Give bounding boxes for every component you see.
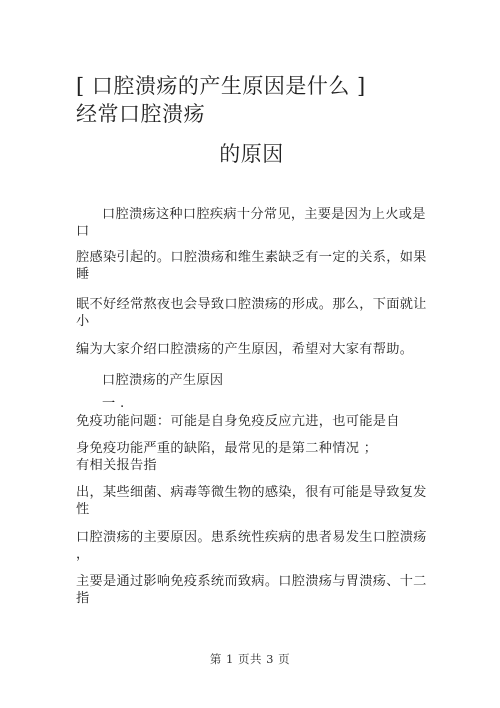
document-title-line-3: 的原因 xyxy=(0,141,500,167)
line-text: 口腔溃疡这种口腔疾病十分常见，主要是因为上火或是 xyxy=(102,206,442,223)
line-text: 口腔溃疡的产生原因 xyxy=(102,372,442,389)
line-wrap-text: 性 xyxy=(76,501,416,518)
line-wrap-text: 睡 xyxy=(76,266,416,283)
paragraph-line: 主要是通过影响免疫系统而致病。口腔溃疡与胃溃疡、十二 指 xyxy=(76,573,416,607)
line-wrap-text: 有相关报告指 xyxy=(76,457,416,474)
list-marker: 一 . xyxy=(76,397,442,411)
paragraph-line: 口腔溃疡的主要原因。患系统性疾病的患者易发生口腔溃疡 ， xyxy=(76,529,416,563)
document-page: [ 口腔溃疡的产生原因是什么 ] 经常口腔溃疡 的原因 口腔溃疡这种口腔疾病十分… xyxy=(0,0,500,708)
paragraph-line: 编为大家介绍口腔溃疡的产生原因，希望对大家有帮助。 xyxy=(76,341,416,358)
line-text: 身免疫功能严重的缺陷，最常见的是第二种情况 ； xyxy=(76,440,416,457)
line-wrap-text: 口 xyxy=(76,223,442,240)
paragraph-line: 免疫功能问题：可能是自身免疫反应亢进，也可能是自 xyxy=(76,413,416,430)
line-text: 眠不好经常熬夜也会导致口腔溃疡的形成。那么，下面就让 xyxy=(76,296,416,313)
line-wrap-text: 小 xyxy=(76,313,416,330)
line-text: 主要是通过影响免疫系统而致病。口腔溃疡与胃溃疡、十二 xyxy=(76,573,416,590)
section-heading: 口腔溃疡的产生原因 xyxy=(76,372,442,389)
line-text: 编为大家介绍口腔溃疡的产生原因，希望对大家有帮助。 xyxy=(76,341,416,358)
paragraph-line: 口腔溃疡这种口腔疾病十分常见，主要是因为上火或是 口 xyxy=(76,206,442,240)
paragraph-line: 腔感染引起的。口腔溃疡和维生素缺乏有一定的关系，如果 睡 xyxy=(76,249,416,283)
line-text: 出，某些细菌、病毒等微生物的感染，很有可能是导致复发 xyxy=(76,484,416,501)
line-text: 口腔溃疡的主要原因。患系统性疾病的患者易发生口腔溃疡 xyxy=(76,529,416,546)
line-wrap-text: ， xyxy=(76,546,416,563)
paragraph-line: 眠不好经常熬夜也会导致口腔溃疡的形成。那么，下面就让 小 xyxy=(76,296,416,330)
paragraph-line: 出，某些细菌、病毒等微生物的感染，很有可能是导致复发 性 xyxy=(76,484,416,518)
line-text: 一 . xyxy=(102,397,442,411)
document-title-line-1: [ 口腔溃疡的产生原因是什么 ] xyxy=(76,73,366,99)
line-text: 腔感染引起的。口腔溃疡和维生素缺乏有一定的关系，如果 xyxy=(76,249,416,266)
paragraph-line: 身免疫功能严重的缺陷，最常见的是第二种情况 ； 有相关报告指 xyxy=(76,440,416,474)
line-text: 免疫功能问题：可能是自身免疫反应亢进，也可能是自 xyxy=(76,413,416,430)
page-number-footer: 第 1 页共 3 页 xyxy=(0,651,500,667)
line-wrap-text: 指 xyxy=(76,590,416,607)
document-title-line-2: 经常口腔溃疡 xyxy=(76,101,205,127)
